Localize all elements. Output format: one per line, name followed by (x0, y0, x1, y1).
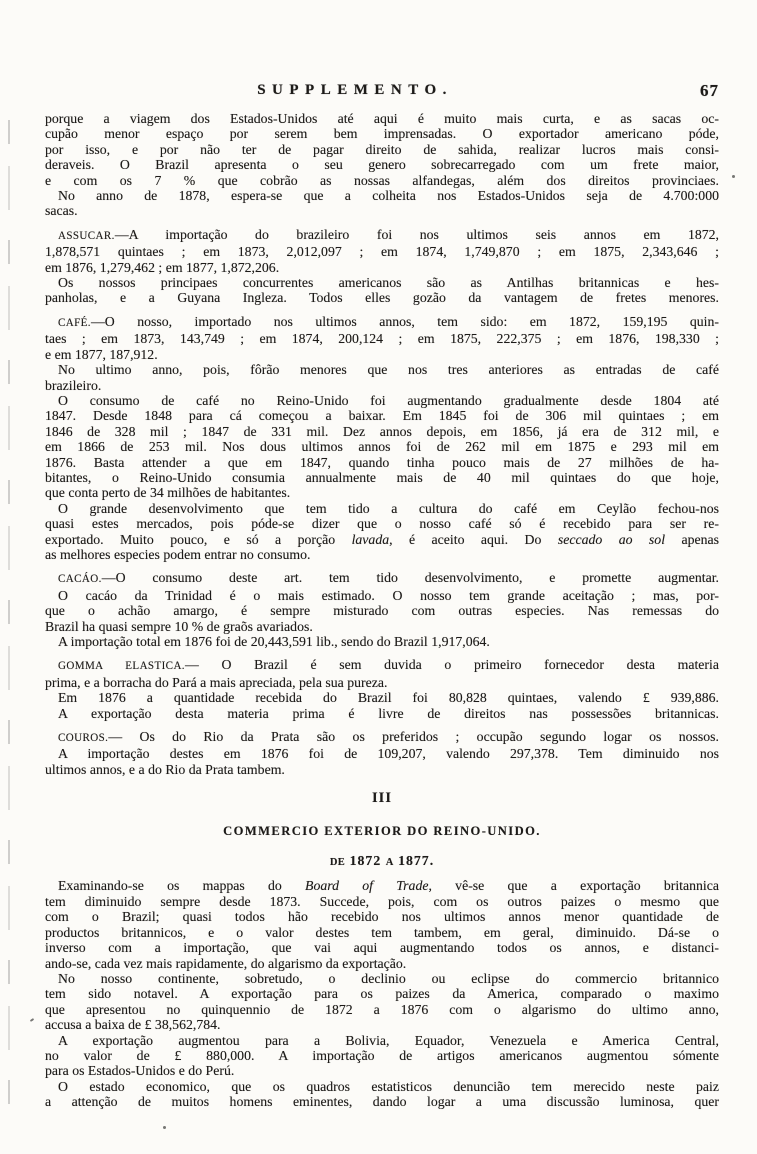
text-line: sacas. (45, 203, 719, 218)
text-line: porque a viagem dos Estados-Unidos até a… (45, 111, 719, 126)
text-line: 1846 de 328 mil ; 1847 de 331 mil. Dez a… (45, 424, 719, 439)
text-line: CACÁO.—O consumo deste art. tem tido des… (45, 570, 719, 587)
text-line: que o achão amargo, é sempre misturado c… (45, 603, 719, 618)
text-line: que apresentou no quinquennio de 1872 a … (45, 1002, 719, 1017)
heading-number: III (45, 791, 719, 806)
text-line: A exportação desta materia prima é livre… (45, 706, 719, 721)
text-line: Examinando-se os mappas do Board of Trad… (45, 878, 719, 893)
paragraph: Examinando-se os mappas do Board of Trad… (45, 878, 719, 970)
text-line: A exportação augmentou para a Bolivia, E… (45, 1033, 719, 1048)
text-line: e com os 7 % que cobrão as nossas alfand… (45, 173, 719, 188)
paragraph: Em 1876 a quantidade recebida do Brazil … (45, 690, 719, 705)
paragraph: O cacáo da Trinidad é o mais estimado. O… (45, 588, 719, 634)
text-line: 1847. Desde 1848 para cá começou a baixa… (45, 408, 719, 423)
text-line: em 1866 de 253 mil. Nos dous ultimos ann… (45, 439, 719, 454)
paragraph: CAFÉ.—O nosso, importado nos ultimos ann… (45, 314, 719, 362)
text-line: brazileiro. (45, 378, 719, 393)
text-line: por isso, e por não ter de pagar direito… (45, 142, 719, 157)
text-line: No nosso continente, sobretudo, o declin… (45, 971, 719, 986)
paragraph: No anno de 1878, espera-se que a colheit… (45, 188, 719, 219)
paragraph: O estado economico, que os quadros estat… (45, 1079, 719, 1110)
text-line: Os nossos principaes concurrentes americ… (45, 275, 719, 290)
text-line: em 1876, 1,279,462 ; em 1877, 1,872,206. (45, 260, 719, 275)
text-line: No anno de 1878, espera-se que a colheit… (45, 188, 719, 203)
text-line: COUROS.— Os do Rio da Prata são os prefe… (45, 729, 719, 746)
text-column: porque a viagem dos Estados-Unidos até a… (45, 111, 719, 1110)
text-line: Em 1876 a quantidade recebida do Brazil … (45, 690, 719, 705)
paragraph: A importação total em 1876 foi de 20,443… (45, 634, 719, 649)
text-line: cupão menor espaço por serem bem imprens… (45, 126, 719, 141)
text-line: quasi estes mercados, pois póde-se dizer… (45, 516, 719, 531)
paragraph: A exportação augmentou para a Bolivia, E… (45, 1033, 719, 1079)
paragraph: porque a viagem dos Estados-Unidos até a… (45, 111, 719, 188)
text-line: Brazil ha quasi sempre 10 % de graõs ava… (45, 619, 719, 634)
paragraph: GOMMA ELASTICA.— O Brazil é sem duvida o… (45, 657, 719, 690)
text-line: ultimos annos, e a do Rio da Prata tambe… (45, 762, 719, 777)
scan-artifact-dot (163, 1126, 166, 1129)
text-line: ASSUCAR.—A importação do brazileiro foi … (45, 227, 719, 244)
text-line: no valor de £ 880,000. A importação de a… (45, 1048, 719, 1063)
paragraph: No nosso continente, sobretudo, o declin… (45, 971, 719, 1033)
text-line: No ultimo anno, pois, fôrão menores que … (45, 362, 719, 377)
paragraph: A importação destes em 1876 foi de 109,2… (45, 746, 719, 777)
text-line: tem sido notavel. A exportação para os p… (45, 986, 719, 1001)
text-line: A importação destes em 1876 foi de 109,2… (45, 746, 719, 761)
paragraph: No ultimo anno, pois, fôrão menores que … (45, 362, 719, 393)
scanned-book-page: SUPPLEMENTO. 67 porque a viagem dos Esta… (0, 0, 757, 1154)
text-line: 1,878,571 quintaes ; em 1873, 2,012,097 … (45, 244, 719, 259)
text-line: as melhores especies podem entrar no con… (45, 547, 719, 562)
text-line: e em 1877, 187,912. (45, 347, 719, 362)
text-line: tem diminuido sempre desde 1873. Succede… (45, 894, 719, 909)
paragraph: Os nossos principaes concurrentes americ… (45, 275, 719, 306)
text-line: exportado. Muito pouco, e só a porção la… (45, 532, 719, 547)
text-line: panholas, e a Guyana Ingleza. Todos elle… (45, 290, 719, 305)
text-line: O consumo de café no Reino-Unido foi aug… (45, 393, 719, 408)
text-line: bitantes, o Reino-Unido consumia annualm… (45, 470, 719, 485)
text-line: deraveis. O Brazil apresenta o seu gener… (45, 157, 719, 172)
heading-subtitle: DE 1872 A 1877. (45, 853, 719, 870)
text-line: O estado economico, que os quadros estat… (45, 1079, 719, 1094)
text-line: prima, e a borracha do Pará a mais aprec… (45, 675, 719, 690)
paragraph: O grande desenvolvimento que tem tido a … (45, 501, 719, 563)
paragraph: O consumo de café no Reino-Unido foi aug… (45, 393, 719, 501)
paragraph: CACÁO.—O consumo deste art. tem tido des… (45, 570, 719, 587)
scan-gutter-line (8, 120, 10, 1110)
paragraph: COUROS.— Os do Rio da Prata são os prefe… (45, 729, 719, 746)
text-line: O grande desenvolvimento que tem tido a … (45, 501, 719, 516)
heading-title: COMMERCIO EXTERIOR DO REINO-UNIDO. (45, 824, 719, 839)
page-header: SUPPLEMENTO. 67 (45, 82, 719, 102)
text-line: CAFÉ.—O nosso, importado nos ultimos ann… (45, 314, 719, 331)
text-line: GOMMA ELASTICA.— O Brazil é sem duvida o… (45, 657, 719, 674)
text-line: 1876. Basta attender a que em 1847, quan… (45, 455, 719, 470)
text-line: para os Estados-Unidos e do Perú. (45, 1063, 719, 1078)
text-line: A importação total em 1876 foi de 20,443… (45, 634, 719, 649)
text-line: a attenção de muitos homens eminentes, d… (45, 1094, 719, 1109)
scan-artifact-dot (732, 175, 735, 178)
page-number: 67 (700, 81, 719, 101)
text-line: inverso com a importação, que vai aqui a… (45, 940, 719, 955)
running-title: SUPPLEMENTO. (257, 82, 453, 99)
paragraph: A exportação desta materia prima é livre… (45, 706, 719, 721)
paragraph: ASSUCAR.—A importação do brazileiro foi … (45, 227, 719, 275)
text-line: com o Brazil; quasi todos hão recebido n… (45, 909, 719, 924)
text-line: productos britannicos, e o valor destes … (45, 925, 719, 940)
text-line: que conta perto de 34 milhões de habitan… (45, 485, 719, 500)
scan-artifact-dot (30, 1018, 34, 1022)
text-line: accusa a baixa de £ 38,562,784. (45, 1017, 719, 1032)
text-line: taes ; em 1873, 143,749 ; em 1874, 200,1… (45, 331, 719, 346)
text-line: ando-se, cada vez mais rapidamente, do a… (45, 956, 719, 971)
text-line: O cacáo da Trinidad é o mais estimado. O… (45, 588, 719, 603)
